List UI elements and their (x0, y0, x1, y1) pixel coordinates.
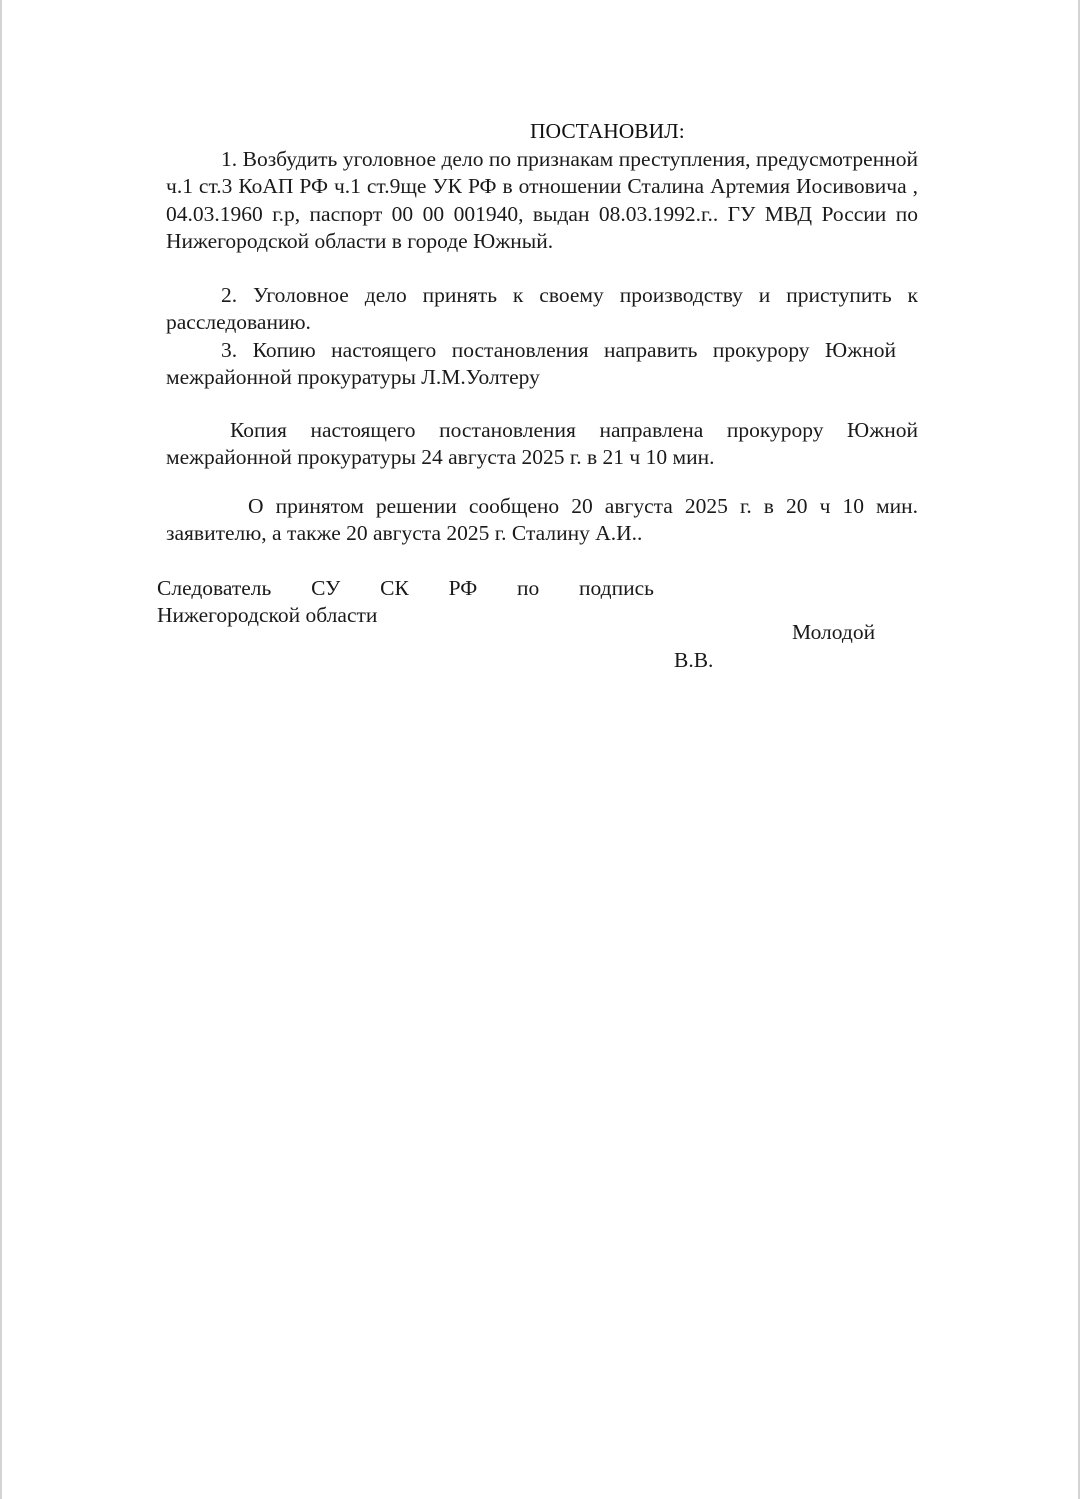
copy-notice: Копия настоящего постановления направлен… (166, 417, 918, 472)
signature-title-line: Следователь СУ СК РФ по подпись (157, 575, 654, 602)
resolution-item-1-text: 1. Возбудить уголовное дело по признакам… (166, 146, 918, 255)
signer-initials: В.В. (674, 647, 713, 674)
signature-word: по (517, 575, 539, 602)
signature-word: СК (380, 575, 409, 602)
signature-word: СУ (311, 575, 340, 602)
resolution-item-1: 1. Возбудить уголовное дело по признакам… (166, 146, 918, 255)
copy-notice-text: Копия настоящего постановления направлен… (166, 417, 918, 472)
document-page: ПОСТАНОВИЛ: 1. Возбудить уголовное дело … (0, 0, 1080, 1499)
resolution-item-3: 3. Копию настоящего постановления направ… (166, 337, 896, 392)
signature-placeholder: подпись (579, 575, 654, 602)
resolution-item-2: 2. Уголовное дело принять к своему произ… (166, 282, 918, 337)
signature-title-line-2: Нижегородской области (157, 602, 377, 629)
decision-notice-text: О принятом решении сообщено 20 августа 2… (166, 493, 918, 548)
signer-surname: Молодой (792, 619, 875, 646)
signature-word: РФ (449, 575, 478, 602)
resolution-item-2-text: 2. Уголовное дело принять к своему произ… (166, 282, 918, 337)
signature-word: Следователь (157, 575, 271, 602)
resolution-heading: ПОСТАНОВИЛ: (530, 118, 685, 145)
decision-notice: О принятом решении сообщено 20 августа 2… (166, 493, 918, 548)
resolution-item-3-text: 3. Копию настоящего постановления направ… (166, 337, 896, 392)
